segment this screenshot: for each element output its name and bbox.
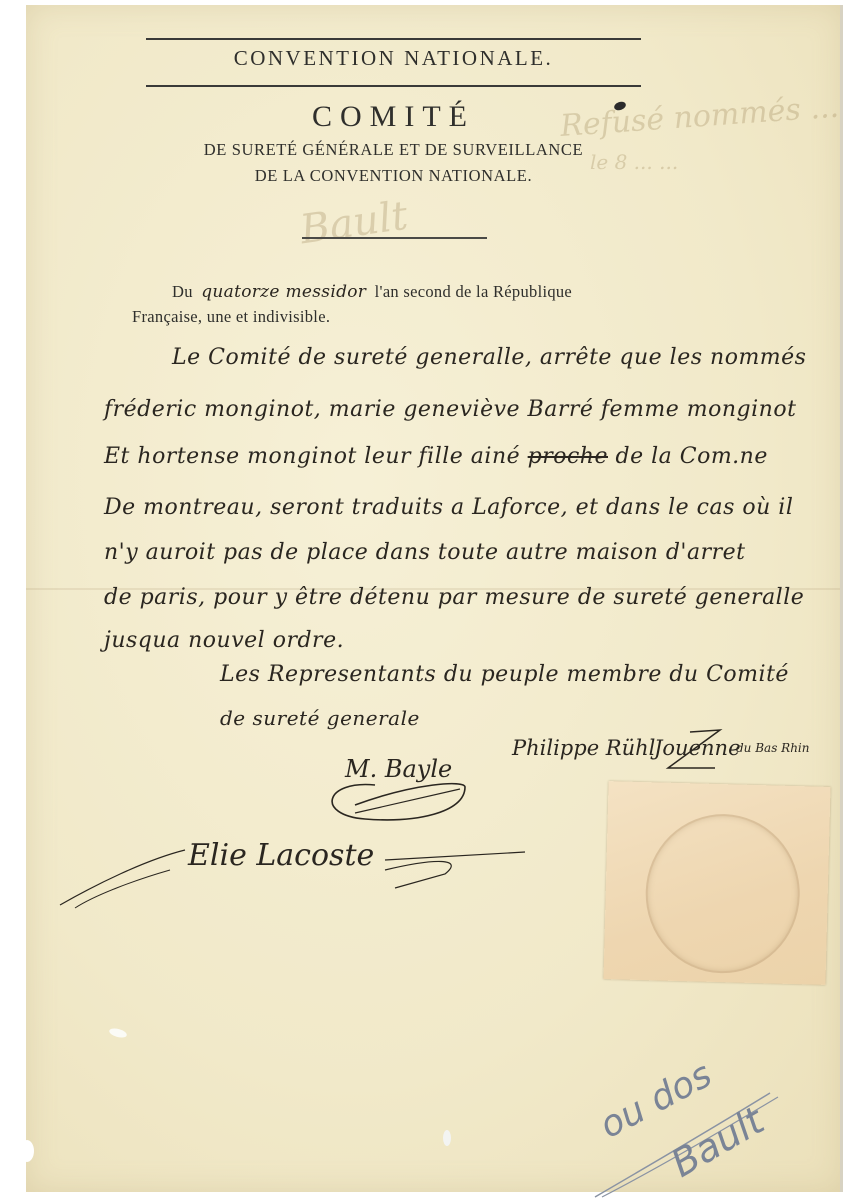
dateline-row: Du quatorze messidor l'an second de la R… [172, 282, 572, 302]
body-line-3-tail: de la Com.ne [616, 444, 768, 469]
body-line-5: n'y auroit pas de place dans toute autre… [104, 540, 745, 565]
letterhead-title: CONVENTION NATIONALE. [146, 46, 641, 71]
dateline-prefix: Du [172, 282, 193, 301]
paper-tear [443, 1130, 451, 1146]
signature-ruhl: Philippe Rühl [512, 736, 655, 760]
closing-line-1: Les Representants du peuple membre du Co… [220, 662, 789, 687]
signature-jouenne-flourish [660, 728, 740, 778]
committee-subtitle-1: DE SURETÉ GÉNÉRALE ET DE SURVEILLANCE [146, 140, 641, 160]
body-line-3-struck: proche [528, 444, 608, 469]
edge-notch [20, 1140, 34, 1162]
body-line-2: fréderic monginot, marie geneviève Barré… [104, 397, 796, 422]
body-line-3: Et hortense monginot leur fille ainé pro… [104, 444, 768, 469]
top-rule [146, 38, 641, 40]
signature-lacoste-flourish [55, 830, 535, 910]
body-line-3-text: Et hortense monginot leur fille ainé [104, 444, 520, 469]
body-line-4: De montreau, seront traduits a Laforce, … [104, 495, 793, 520]
signature-bayle-flourish [315, 775, 475, 825]
paper-edge [840, 5, 843, 1192]
dateline-suffix: l'an second de la République [375, 282, 572, 301]
committee-subtitle-2: DE LA CONVENTION NATIONALE. [146, 166, 641, 186]
body-line-7: jusqua nouvel ordre. [104, 628, 344, 653]
title-underline [146, 85, 641, 87]
seal-emboss-circle [644, 812, 802, 975]
body-line-1: Le Comité de sureté generalle, arrête qu… [172, 345, 806, 370]
committee-heading: COMITÉ [146, 100, 641, 134]
embossed-seal [603, 781, 830, 985]
header-divider [302, 237, 487, 239]
signature-jouenne-note: du Bas Rhin [736, 741, 810, 755]
closing-line-2: de sureté generale [220, 706, 420, 730]
body-line-6: de paris, pour y être détenu par mesure … [104, 585, 804, 610]
dateline-handwritten-date: quatorze messidor [201, 282, 366, 302]
dateline-line2: Française, une et indivisible. [132, 307, 330, 327]
